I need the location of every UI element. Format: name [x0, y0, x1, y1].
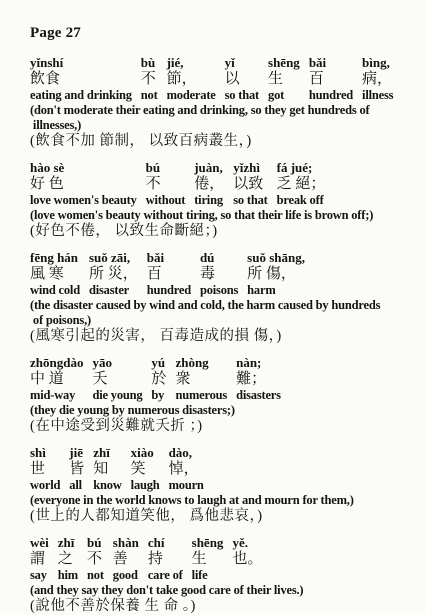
- hanzi-word: 風 寒: [30, 266, 80, 283]
- pinyin-syllable: shàn: [113, 535, 139, 551]
- pinyin-syllable: yǐ: [225, 55, 259, 71]
- pinyin-syllable: chí: [148, 535, 183, 551]
- pinyin-syllable: fá jué;: [277, 160, 326, 176]
- gloss-word: poisons: [200, 283, 238, 298]
- interlinear-word: shēng生got: [268, 55, 300, 103]
- interlinear-word: fá jué;乏 絕；break off: [277, 160, 326, 208]
- interlinear-word: zhī知know: [93, 445, 121, 493]
- interlinear-word: bú不without: [146, 160, 186, 208]
- hanzi-word: 也。: [232, 551, 262, 568]
- scanned-book-page: { "colors": { "paper": "#fbfbf8", "ink":…: [0, 0, 425, 615]
- hanzi-word: 不: [146, 176, 186, 193]
- gloss-word: eating and drinking: [30, 88, 132, 103]
- interlinear-word: bìng,病，illness: [362, 55, 393, 103]
- interlinear-verse: shì世worldjiē皆allzhī知knowxiào笑laughdào,悼，…: [30, 445, 407, 493]
- page-number-header: Page 27: [30, 26, 407, 41]
- interlinear-word: jié,節，moderate: [167, 55, 216, 103]
- gloss-word: not: [141, 88, 158, 103]
- gloss-word: harm: [247, 283, 305, 298]
- pinyin-syllable: bù: [141, 55, 158, 71]
- interlinear-word: yǐ以so that: [225, 55, 259, 103]
- interlinear-word: jiē皆all: [69, 445, 84, 493]
- hanzi-word: 節，: [167, 71, 216, 88]
- interlinear-word: chí持care of: [148, 535, 183, 583]
- pinyin-syllable: suǒ zāi,: [89, 250, 138, 266]
- verse-block: fēng hán風 寒wind coldsuǒ zāi,所 災，disaster…: [30, 250, 407, 344]
- verse-blocks-container: yǐnshí飲食eating and drinkingbù不notjié,節，m…: [30, 55, 407, 614]
- verse-block: wèi謂sayzhī之himbú不notshàn善goodchí持care of…: [30, 535, 407, 614]
- interlinear-word: yú於by: [151, 355, 166, 403]
- verse-block: hào sè好 色love women's beautybú不withoutju…: [30, 160, 407, 239]
- gloss-word: life: [192, 568, 224, 583]
- interlinear-verse: hào sè好 色love women's beautybú不withoutju…: [30, 160, 407, 208]
- pinyin-syllable: dú: [200, 250, 238, 266]
- interlinear-word: juàn,倦，tiring: [194, 160, 224, 208]
- hanzi-word: 毒: [200, 266, 238, 283]
- interlinear-word: xiào笑laugh: [131, 445, 160, 493]
- pinyin-syllable: xiào: [131, 445, 160, 461]
- translation-note-english: (love women's beauty without tiring, so …: [30, 208, 407, 223]
- gloss-word: world: [30, 478, 60, 493]
- interlinear-verse: wèi謂sayzhī之himbú不notshàn善goodchí持care of…: [30, 535, 407, 583]
- interlinear-word: nàn;難；disasters: [236, 355, 281, 403]
- interlinear-word: zhòng衆numerous: [175, 355, 227, 403]
- hanzi-word: 不: [87, 551, 104, 568]
- interlinear-verse: zhōngdào中 道mid-wayyāo夭die youngyú於byzhòn…: [30, 355, 407, 403]
- translation-note-chinese: (世上的人都知道笑他， 爲他悲哀，): [30, 508, 407, 524]
- hanzi-word: 乏 絕；: [277, 176, 326, 193]
- hanzi-word: 倦，: [194, 176, 224, 193]
- gloss-word: without: [146, 193, 186, 208]
- hanzi-word: 飲食: [30, 71, 132, 88]
- hanzi-word: 生: [192, 551, 224, 568]
- translation-note-english: (they die young by numerous disasters;): [30, 403, 407, 418]
- pinyin-syllable: hào sè: [30, 160, 137, 176]
- hanzi-word: 百: [147, 266, 191, 283]
- hanzi-word: 以致: [233, 176, 267, 193]
- translation-note-chinese: (飲食不加 節制， 以致百病叢生，): [30, 133, 407, 149]
- gloss-word: care of: [148, 568, 183, 583]
- pinyin-syllable: jié,: [167, 55, 216, 71]
- translation-note-chinese: (風寒引起的災害， 百毒造成的損 傷，): [30, 328, 407, 344]
- interlinear-word: bǎi百hundred: [309, 55, 353, 103]
- pinyin-syllable: yě.: [232, 535, 262, 551]
- interlinear-verse: fēng hán風 寒wind coldsuǒ zāi,所 災，disaster…: [30, 250, 407, 298]
- hanzi-word: 於: [151, 371, 166, 388]
- gloss-word: so that: [233, 193, 267, 208]
- pinyin-syllable: zhī: [93, 445, 121, 461]
- gloss-word: tiring: [194, 193, 224, 208]
- translation-note-chinese: (說他不善於保養 生 命 。): [30, 598, 407, 614]
- interlinear-word: bù不not: [141, 55, 158, 103]
- pinyin-syllable: bú: [146, 160, 186, 176]
- interlinear-word: bǎi百hundred: [147, 250, 191, 298]
- pinyin-syllable: shì: [30, 445, 60, 461]
- pinyin-syllable: zhōngdào: [30, 355, 83, 371]
- gloss-word: by: [151, 388, 166, 403]
- translation-note-english: (don't moderate their eating and drinkin…: [30, 103, 407, 133]
- gloss-word: hundred: [309, 88, 353, 103]
- interlinear-word: bú不not: [87, 535, 104, 583]
- gloss-word: hundred: [147, 283, 191, 298]
- interlinear-word: zhī之him: [58, 535, 78, 583]
- hanzi-word: 不: [141, 71, 158, 88]
- gloss-word: laugh: [131, 478, 160, 493]
- interlinear-verse: yǐnshí飲食eating and drinkingbù不notjié,節，m…: [30, 55, 407, 103]
- gloss-word: disaster: [89, 283, 138, 298]
- pinyin-syllable: bú: [87, 535, 104, 551]
- hanzi-word: 好 色: [30, 176, 137, 193]
- pinyin-syllable: yú: [151, 355, 166, 371]
- pinyin-syllable: shēng: [268, 55, 300, 71]
- pinyin-syllable: bǎi: [309, 55, 353, 71]
- interlinear-word: dú毒poisons: [200, 250, 238, 298]
- interlinear-word: shàn善good: [113, 535, 139, 583]
- pinyin-syllable: wèi: [30, 535, 49, 551]
- pinyin-syllable: suǒ shāng,: [247, 250, 305, 266]
- gloss-word: numerous: [175, 388, 227, 403]
- gloss-word: him: [58, 568, 78, 583]
- gloss-word: know: [93, 478, 121, 493]
- hanzi-word: 世: [30, 461, 60, 478]
- pinyin-syllable: zhī: [58, 535, 78, 551]
- gloss-word: die young: [92, 388, 142, 403]
- hanzi-word: 謂: [30, 551, 49, 568]
- translation-note-chinese: (在中途受到災難就夭折 ；): [30, 418, 407, 434]
- interlinear-word: shēng生life: [192, 535, 224, 583]
- hanzi-word: 病，: [362, 71, 393, 88]
- hanzi-word: 衆: [175, 371, 227, 388]
- gloss-word: illness: [362, 88, 393, 103]
- hanzi-word: 善: [113, 551, 139, 568]
- interlinear-word: fēng hán風 寒wind cold: [30, 250, 80, 298]
- gloss-word: wind cold: [30, 283, 80, 298]
- hanzi-word: 悼，: [169, 461, 204, 478]
- translation-note-chinese: (好色不倦， 以致生命斷絕；): [30, 223, 407, 239]
- pinyin-syllable: yǐnshí: [30, 55, 132, 71]
- pinyin-syllable: yāo: [92, 355, 142, 371]
- gloss-word: moderate: [167, 88, 216, 103]
- interlinear-word: suǒ zāi,所 災，disaster: [89, 250, 138, 298]
- hanzi-word: 以: [225, 71, 259, 88]
- gloss-word: say: [30, 568, 49, 583]
- hanzi-word: 所 傷，: [247, 266, 305, 283]
- pinyin-syllable: bǎi: [147, 250, 191, 266]
- verse-block: shì世worldjiē皆allzhī知knowxiào笑laughdào,悼，…: [30, 445, 407, 524]
- interlinear-word: wèi謂say: [30, 535, 49, 583]
- hanzi-word: 中 道: [30, 371, 83, 388]
- gloss-word: love women's beauty: [30, 193, 137, 208]
- pinyin-syllable: yǐzhì: [233, 160, 267, 176]
- interlinear-word: zhōngdào中 道mid-way: [30, 355, 83, 403]
- hanzi-word: 百: [309, 71, 353, 88]
- gloss-word: not: [87, 568, 104, 583]
- hanzi-word: 難；: [236, 371, 281, 388]
- interlinear-word: suǒ shāng,所 傷，harm: [247, 250, 305, 298]
- interlinear-word: yě.也。: [232, 535, 262, 568]
- page-body: Page 27 yǐnshí飲食eating and drinkingbù不no…: [0, 0, 425, 614]
- hanzi-word: 持: [148, 551, 183, 568]
- verse-block: yǐnshí飲食eating and drinkingbù不notjié,節，m…: [30, 55, 407, 149]
- verse-block: zhōngdào中 道mid-wayyāo夭die youngyú於byzhòn…: [30, 355, 407, 434]
- gloss-word: mid-way: [30, 388, 83, 403]
- interlinear-word: yǐnshí飲食eating and drinking: [30, 55, 132, 103]
- pinyin-syllable: nàn;: [236, 355, 281, 371]
- translation-note-english: (everyone in the world knows to laugh at…: [30, 493, 407, 508]
- gloss-word: mourn: [169, 478, 204, 493]
- pinyin-syllable: bìng,: [362, 55, 393, 71]
- hanzi-word: 夭: [92, 371, 142, 388]
- pinyin-syllable: juàn,: [194, 160, 224, 176]
- interlinear-word: dào,悼，mourn: [169, 445, 204, 493]
- interlinear-word: shì世world: [30, 445, 60, 493]
- hanzi-word: 所 災，: [89, 266, 138, 283]
- hanzi-word: 之: [58, 551, 78, 568]
- hanzi-word: 笑: [131, 461, 160, 478]
- pinyin-syllable: dào,: [169, 445, 204, 461]
- translation-note-english: (and they say they don't take good care …: [30, 583, 407, 598]
- interlinear-word: hào sè好 色love women's beauty: [30, 160, 137, 208]
- interlinear-word: yǐzhì以致so that: [233, 160, 267, 208]
- hanzi-word: 皆: [69, 461, 84, 478]
- translation-note-english: (the disaster caused by wind and cold, t…: [30, 298, 407, 328]
- interlinear-word: yāo夭die young: [92, 355, 142, 403]
- gloss-word: break off: [277, 193, 326, 208]
- gloss-word: disasters: [236, 388, 281, 403]
- pinyin-syllable: fēng hán: [30, 250, 80, 266]
- pinyin-syllable: zhòng: [175, 355, 227, 371]
- gloss-word: all: [69, 478, 84, 493]
- gloss-word: got: [268, 88, 300, 103]
- pinyin-syllable: shēng: [192, 535, 224, 551]
- hanzi-word: 知: [93, 461, 121, 478]
- pinyin-syllable: jiē: [69, 445, 84, 461]
- gloss-word: good: [113, 568, 139, 583]
- hanzi-word: 生: [268, 71, 300, 88]
- gloss-word: so that: [225, 88, 259, 103]
